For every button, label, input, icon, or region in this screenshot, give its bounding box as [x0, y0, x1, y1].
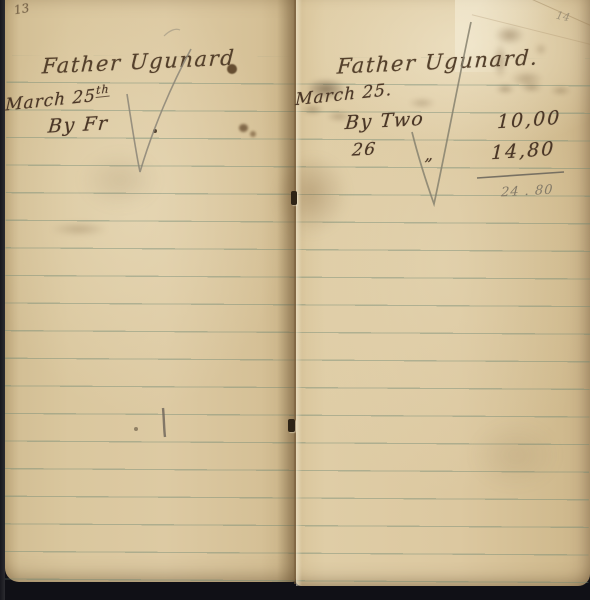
entry2-ditto-mark: „: [424, 145, 435, 165]
page-number-left: 13: [13, 1, 30, 17]
stitch-hole: [291, 191, 297, 205]
stitch-hole: [288, 419, 295, 432]
entry2-amount: 14,80: [491, 138, 556, 165]
date-superscript: th: [96, 82, 110, 98]
ledger-page-left: [5, 0, 296, 582]
pencil-total: 24 . 80: [501, 183, 554, 201]
scan-edge-left: [0, 0, 5, 600]
entry1-label: By Two: [344, 108, 425, 134]
entry1-amount: 10,00: [497, 107, 562, 134]
ledger-scan: 13 Father Ugunard March 25th By Fr 14 Fa…: [0, 0, 590, 600]
page-number-right: 14: [555, 9, 571, 25]
entry2-date: 26: [351, 139, 377, 160]
entry-line-left: By Fr: [47, 112, 109, 137]
binding-highlight: [296, 0, 302, 586]
binding-crease: [294, 0, 296, 584]
